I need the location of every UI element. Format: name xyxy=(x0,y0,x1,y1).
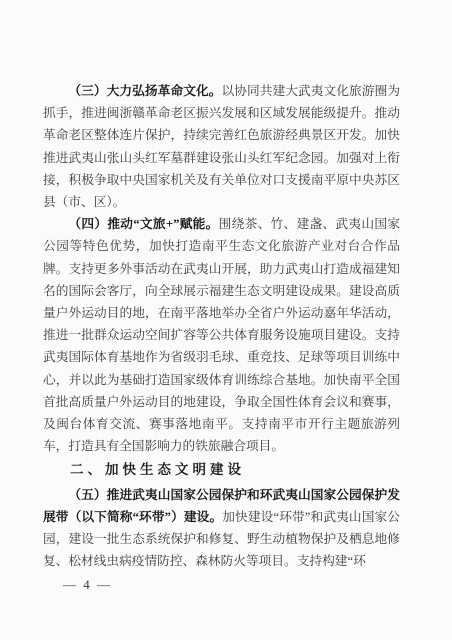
page-number: — 4 — xyxy=(63,577,112,593)
document-page: （三）大力弘扬革命文化。以协同共建大武夷文化旅游圈为抓手，推进闽浙赣革命老区振兴… xyxy=(0,0,452,640)
paragraph-item-3-text: 以协同共建大武夷文化旅游圈为抓手，推进闽浙赣革命老区振兴发展和区域发展能级提升。… xyxy=(43,84,400,209)
paragraph-item-3: （三）大力弘扬革命文化。以协同共建大武夷文化旅游圈为抓手，推进闽浙赣革命老区振兴… xyxy=(43,80,400,213)
section-heading-2: 二、加快生态文明建设 xyxy=(43,459,400,481)
paragraph-item-5: （五）推进武夷山国家公园保护和环武夷山国家公园保护发展带（以下简称“环带”）建设… xyxy=(43,484,400,573)
document-body: （三）大力弘扬革命文化。以协同共建大武夷文化旅游圈为抓手，推进闽浙赣革命老区振兴… xyxy=(43,80,400,572)
paragraph-item-4-text: 围绕茶、竹、建盏、武夷山国家公园等特色优势，加快打造南平生态文化旅游产业对台合作… xyxy=(43,217,400,453)
paragraph-item-3-lead: （三）大力弘扬革命文化。 xyxy=(68,84,221,98)
paragraph-item-4-lead: （四）推动“文旅+”赋能。 xyxy=(68,217,218,231)
paragraph-item-4: （四）推动“文旅+”赋能。围绕茶、竹、建盏、武夷山国家公园等特色优势，加快打造南… xyxy=(43,213,400,457)
